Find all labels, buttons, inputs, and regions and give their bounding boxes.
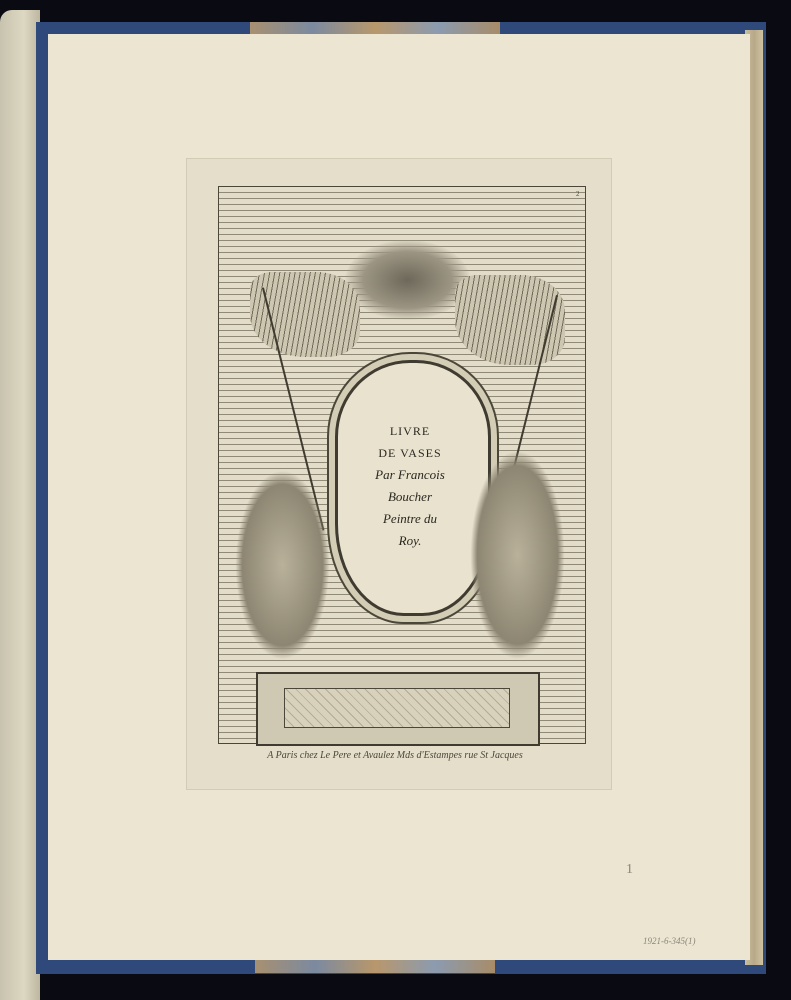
title-line-4: Boucher	[345, 486, 475, 508]
title-line-1: LIVRE	[345, 420, 475, 442]
right-banner-flag	[455, 275, 565, 365]
laurel-foliage	[345, 240, 470, 320]
publisher-caption: A Paris chez Le Pere et Avaulez Mds d'Es…	[240, 750, 550, 761]
pencil-accession-reference: 1921-6-345(1)	[643, 936, 696, 946]
title-line-5: Peintre du	[345, 508, 475, 530]
pencil-number: 1	[626, 862, 633, 878]
left-banner-flag	[250, 272, 360, 357]
title-line-2: DE VASES	[345, 442, 475, 464]
title-inscription: LIVRE DE VASES Par Francois Boucher Pein…	[345, 420, 475, 552]
plate-number: 2	[576, 190, 580, 198]
left-page-edge	[0, 10, 40, 1000]
title-line-6: Roy.	[345, 530, 475, 552]
left-putto	[235, 470, 330, 660]
right-putto	[470, 450, 565, 660]
pedestal-marble-panel	[284, 688, 510, 728]
title-line-3: Par Francois	[345, 464, 475, 486]
